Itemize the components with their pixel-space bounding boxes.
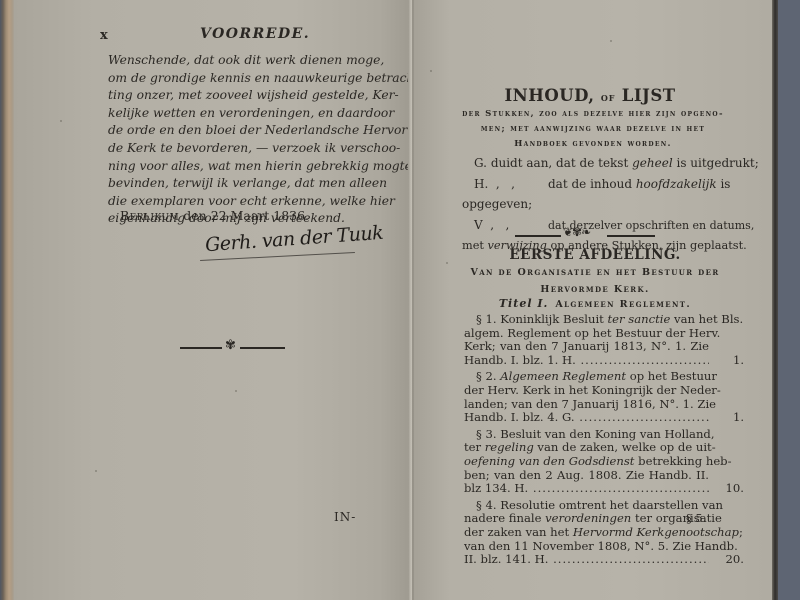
body-line: ting onzer, met zooveel wijsheid gesteld… xyxy=(108,87,366,105)
contents-entry: § 1. Koninklijk Besluit ter sanctie van … xyxy=(464,313,709,367)
place-and-date: Berlikum den 22 Maart 1836. xyxy=(120,208,309,223)
book-edge-left xyxy=(0,0,14,600)
catchword: § 5. xyxy=(686,511,706,525)
legend-row-g: G. duidt aan, dat de tekst geheel is uit… xyxy=(462,153,724,174)
entry-page-number: 10. xyxy=(726,482,744,496)
legend-row-h: H. , ,dat de inhoud hoofdzakelijk is xyxy=(462,174,724,195)
contents-entry: § 2. Algemeen Reglement op het Bestuur d… xyxy=(464,370,709,424)
contents-title: INHOUD, of LIJST xyxy=(440,86,740,105)
section-heading: EERSTE AFDEELING. xyxy=(440,247,750,263)
catchword: IN- xyxy=(334,510,356,524)
date-text: den 22 Maart 1836. xyxy=(183,208,309,223)
table-background xyxy=(778,0,800,600)
body-line: de Kerk te bevorderen, — verzoek ik vers… xyxy=(108,140,366,158)
preface-body: Wenschende, dat ook dit werk dienen moge… xyxy=(108,52,366,228)
section-subheading: Van de Organisatie en het Bestuur der He… xyxy=(470,264,720,298)
contents-subtitle: der Stukken, zoo als dezelve hier zijn o… xyxy=(462,107,724,152)
place-name: Berlikum xyxy=(120,208,179,223)
entry-page-number: 20. xyxy=(726,553,744,567)
body-line: kelijke wetten en verordeningen, en daar… xyxy=(108,105,366,123)
fleuron-divider-icon: ❦✾❧ xyxy=(515,228,655,242)
body-line: ning voor alles, wat men hierin gebrekki… xyxy=(108,158,366,176)
fleuron-divider-icon: ✾ xyxy=(180,340,285,356)
body-line: Wenschende, dat ook dit werk dienen moge… xyxy=(108,52,366,70)
paper-speck xyxy=(235,390,237,392)
open-book-spread: x VOORREDE. Wenschende, dat ook dit werk… xyxy=(0,0,800,600)
page-number: x xyxy=(100,28,108,43)
legend-row-h-cont: opgegeven; xyxy=(462,194,724,215)
body-line: bevinden, terwijl ik verlange, dat men a… xyxy=(108,175,366,193)
paper-speck xyxy=(446,262,448,264)
running-title: VOORREDE. xyxy=(200,26,310,42)
entry-page-number: 1. xyxy=(733,354,744,368)
contents-entry: § 3. Besluit van den Koning van Holland,… xyxy=(464,428,709,496)
body-line: de orde en den bloei der Nederlandsche H… xyxy=(108,122,366,140)
paper-speck xyxy=(60,120,62,122)
paper-speck xyxy=(430,70,432,72)
entry-page-number: 1. xyxy=(733,411,744,425)
paper-speck xyxy=(95,470,97,472)
body-line: om de grondige kennis en naauwkeurige be… xyxy=(108,70,366,88)
paper-speck xyxy=(610,40,612,42)
titel-heading: Titel I. Algemeen Reglement. xyxy=(440,297,750,310)
contents-entries: § 1. Koninklijk Besluit ter sanctie van … xyxy=(464,313,709,570)
contents-entry: § 4. Resolutie omtrent het daarstellen v… xyxy=(464,499,709,567)
